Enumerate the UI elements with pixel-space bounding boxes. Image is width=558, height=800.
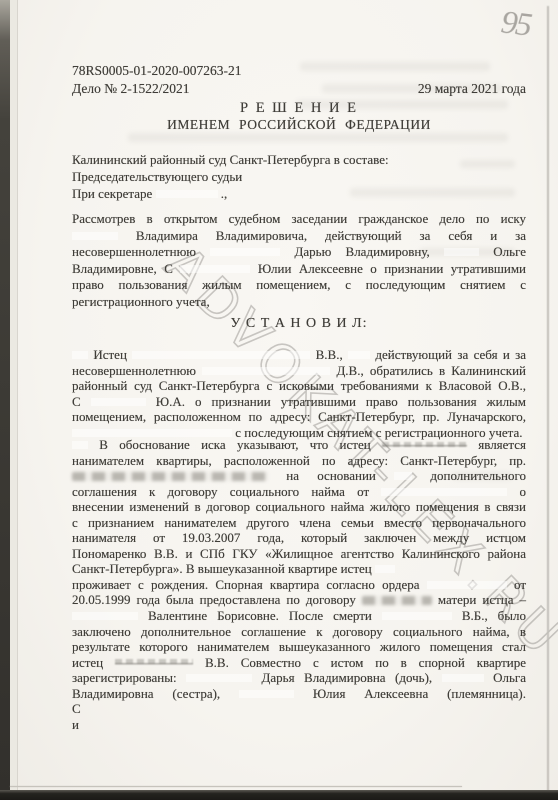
scan-edge-left-line bbox=[17, 0, 18, 800]
text-line: С Ю.А. о признании утратившими право пол… bbox=[72, 394, 526, 410]
redaction-blank bbox=[186, 674, 252, 682]
text-line: Рассмотрев в открытом судебном заседании… bbox=[72, 211, 526, 228]
text-line: проживает с рождения. Спорная квартира с… bbox=[72, 577, 526, 593]
struck-out-text bbox=[382, 441, 467, 450]
text-line: помещением, расположенном по адресу: Сан… bbox=[72, 409, 526, 425]
text-line: результате которого нанимателем вышеуказ… bbox=[72, 639, 526, 655]
scan-edge-left bbox=[0, 0, 10, 800]
intro-paragraph: Рассмотрев в открытом судебном заседании… bbox=[72, 211, 526, 310]
text-line: заключено дополнительное соглашение к до… bbox=[72, 624, 526, 640]
text-segment: зарегистрированы: bbox=[72, 670, 177, 685]
struck-out-text bbox=[115, 659, 193, 668]
text-line: Санкт-Петербурга». В вышеуказанной кварт… bbox=[72, 561, 526, 577]
text-segment: Владимировна (сестра), bbox=[72, 686, 220, 701]
text-line: с признанием нанимателем другого члена с… bbox=[72, 515, 526, 531]
text-segment: матери истца – bbox=[438, 592, 526, 607]
document-title-block: Р Е Ш Е Н И Е ИМЕНЕМ РОССИЙСКОЙ ФЕДЕРАЦИ… bbox=[72, 100, 526, 133]
redaction-blank bbox=[72, 612, 138, 620]
decision-date: 29 марта 2021 года bbox=[418, 80, 526, 98]
text-segment: Председательствующего судьи bbox=[72, 169, 242, 184]
redaction-blank bbox=[427, 581, 507, 589]
text-segment: Калининский районный суд Санкт-Петербург… bbox=[72, 152, 389, 167]
text-line: на основании дополнительного bbox=[72, 468, 526, 484]
text-segment: заключено дополнительное соглашение к до… bbox=[72, 624, 526, 639]
text-line: Владимировне, С Юлии Алексеевне о призна… bbox=[72, 261, 526, 278]
ghost-text-bleed bbox=[128, 133, 508, 142]
text-segment: нанимателя от 19.03.2007 года, который з… bbox=[72, 530, 526, 545]
redaction-blank bbox=[375, 565, 395, 573]
text-segment: результате которого нанимателем вышеуказ… bbox=[72, 639, 526, 654]
scan-edge-bottom-line bbox=[10, 786, 462, 787]
text-line: Владимировна (сестра), Юлия Алексеевна (… bbox=[72, 686, 526, 702]
redaction-blank bbox=[156, 190, 218, 198]
text-segment: с признанием нанимателем другого члена с… bbox=[72, 515, 526, 530]
text-segment: Дарья Владимировна (дочь), bbox=[262, 670, 433, 685]
text-segment: о bbox=[520, 484, 527, 499]
text-segment: Пономаренко В.В. и СПб ГКУ «Жилищное аге… bbox=[72, 546, 526, 561]
text-segment: Дарью Владимировну, bbox=[295, 244, 430, 259]
redaction-blank bbox=[239, 690, 294, 698]
text-segment: соглашения к договору социального найма … bbox=[72, 484, 369, 499]
text-segment: С bbox=[72, 701, 81, 716]
text-line: зарегистрированы: Дарья Владимировна (до… bbox=[72, 670, 526, 686]
text-line: несовершеннолетнюю Дарью Владимировну, О… bbox=[72, 244, 526, 261]
redaction-blank bbox=[394, 472, 412, 480]
redaction-blank bbox=[72, 351, 88, 359]
text-segment: В.Б., было bbox=[462, 608, 526, 623]
text-segment: Владимировне, С bbox=[72, 261, 173, 276]
scanned-court-decision-page: ADVOKAT-LEX.RU 95 78RS0005-01-2020-00726… bbox=[0, 0, 558, 800]
case-reference-block: 78RS0005-01-2020-007263-21 Дело № 2-1522… bbox=[72, 62, 526, 97]
redaction-blank bbox=[72, 429, 232, 437]
text-segment: право пользования жилым помещением, с по… bbox=[72, 277, 526, 292]
redaction-blank bbox=[442, 674, 484, 682]
text-segment: Рассмотрев в открытом судебном заседании… bbox=[72, 211, 526, 226]
text-segment: Истец bbox=[93, 347, 127, 362]
text-line: Валентине Борисовне. После смерти В.Б., … bbox=[72, 608, 526, 624]
text-segment: В.В. Совместно с истом по в спорной квар… bbox=[205, 655, 526, 670]
scan-edge-right-line bbox=[547, 6, 549, 798]
redaction-blank bbox=[348, 351, 370, 359]
text-segment: несовершеннолетнюю bbox=[72, 363, 196, 378]
text-line: регистрационного учета, bbox=[72, 294, 526, 311]
text-segment: на основании bbox=[286, 468, 376, 483]
text-segment: 20.05.1999 года была предоставлена по до… bbox=[72, 592, 356, 607]
text-line: и bbox=[72, 717, 526, 733]
redaction-blank bbox=[444, 248, 479, 256]
text-line: Председательствующего судьи bbox=[72, 168, 526, 185]
claim-paragraph: Истец В.В., действующий за себя и за нес… bbox=[72, 347, 526, 441]
text-segment: действующий за себя и за bbox=[375, 347, 526, 362]
text-segment: Владимира Владимировича, действующий за … bbox=[136, 228, 526, 243]
text-line: Истец В.В., действующий за себя и за bbox=[72, 347, 526, 363]
text-segment: Ю.А. о признании утратившими право польз… bbox=[156, 394, 526, 409]
text-segment: помещением, расположенном по адресу: Сан… bbox=[72, 409, 526, 424]
text-segment: Ольга bbox=[493, 670, 526, 685]
text-segment: Юлия Алексеевна (племянница). bbox=[313, 686, 526, 701]
text-line: нанимателем квартиры, расположенной по а… bbox=[72, 453, 526, 469]
text-line: С bbox=[72, 701, 526, 717]
text-segment: проживает с рождения. Спорная квартира с… bbox=[72, 577, 420, 592]
text-segment: нанимателем квартиры, расположенной по а… bbox=[72, 453, 526, 468]
illegible-blurred-text bbox=[362, 596, 432, 605]
scan-edge-left-strip bbox=[10, 0, 17, 800]
text-line: истец В.В. Совместно с истом по в спорно… bbox=[72, 655, 526, 671]
text-segment: несовершеннолетнюю bbox=[72, 244, 196, 259]
document-subtitle: ИМЕНЕМ РОССИЙСКОЙ ФЕДЕРАЦИИ bbox=[72, 117, 526, 133]
court-composition-block: Калининский районный суд Санкт-Петербург… bbox=[72, 151, 526, 202]
text-segment: является bbox=[478, 437, 526, 452]
text-segment: В.В., bbox=[316, 347, 343, 362]
scan-edge-bottom-band bbox=[0, 790, 558, 800]
text-line: При секретаре ., bbox=[72, 185, 526, 202]
text-segment: В обоснование иска указывают, что истец bbox=[99, 437, 370, 452]
text-segment: внесении изменений в договор социального… bbox=[72, 499, 526, 514]
text-line: соглашения к договору социального найма … bbox=[72, 484, 526, 500]
text-segment: регистрационного учета, bbox=[72, 294, 210, 309]
text-segment: При секретаре bbox=[72, 186, 152, 201]
redaction-blank bbox=[72, 232, 118, 240]
text-line: районный суд Санкт-Петербурга с исковыми… bbox=[72, 378, 526, 394]
redaction-blank bbox=[72, 441, 88, 449]
text-segment: Санкт-Петербурга». В вышеуказанной кварт… bbox=[72, 561, 372, 576]
text-segment: от bbox=[514, 577, 526, 592]
redaction-blank bbox=[210, 248, 280, 256]
text-line: Пономаренко В.В. и СПб ГКУ «Жилищное аге… bbox=[72, 546, 526, 562]
text-segment: С bbox=[72, 394, 81, 409]
text-segment: и bbox=[72, 717, 79, 732]
text-segment: ., bbox=[221, 186, 228, 201]
text-segment: Д.В., обратились в Калининский bbox=[336, 363, 526, 378]
redaction-blank bbox=[180, 265, 250, 273]
text-segment: Ольге bbox=[493, 244, 526, 259]
section-heading: У С Т А Н О В И Л: bbox=[72, 316, 526, 332]
text-line: нанимателя от 19.03.2007 года, который з… bbox=[72, 530, 526, 546]
redaction-blank bbox=[202, 367, 330, 375]
text-segment: дополнительного bbox=[430, 468, 526, 483]
text-line: несовершеннолетнюю Д.В., обратились в Ка… bbox=[72, 363, 526, 379]
text-segment: Юлии Алексеевне о признании утратившими bbox=[258, 261, 526, 276]
case-reference-number: 78RS0005-01-2020-007263-21 bbox=[72, 62, 526, 80]
illegible-blurred-text bbox=[72, 472, 268, 481]
redaction-blank bbox=[132, 351, 310, 359]
text-segment: районный суд Санкт-Петербурга с исковыми… bbox=[72, 378, 526, 393]
facts-paragraph: В обоснование иска указывают, что истец … bbox=[72, 437, 526, 732]
text-line: право пользования жилым помещением, с по… bbox=[72, 277, 526, 294]
text-line: внесении изменений в договор социального… bbox=[72, 499, 526, 515]
redaction-blank bbox=[91, 398, 146, 406]
pencil-page-number: 95 bbox=[499, 4, 532, 44]
text-line: 20.05.1999 года была предоставлена по до… bbox=[72, 592, 526, 608]
redaction-blank bbox=[381, 488, 507, 496]
text-line: Владимира Владимировича, действующий за … bbox=[72, 228, 526, 245]
redaction-blank bbox=[382, 612, 452, 620]
document-title: Р Е Ш Е Н И Е bbox=[72, 100, 526, 117]
text-line: Калининский районный суд Санкт-Петербург… bbox=[72, 151, 526, 168]
text-line: В обоснование иска указывают, что истец … bbox=[72, 437, 526, 453]
text-segment: Валентине Борисовне. После смерти bbox=[148, 608, 372, 623]
case-number: Дело № 2-1522/2021 bbox=[72, 80, 189, 98]
text-segment: истец bbox=[72, 655, 103, 670]
